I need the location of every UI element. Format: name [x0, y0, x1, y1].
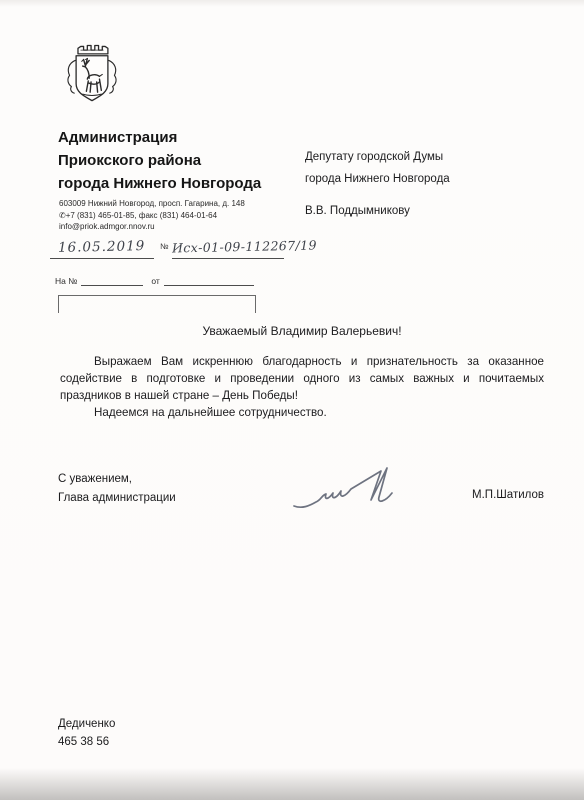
reply-row: На №от — [55, 276, 254, 286]
signature-icon — [288, 462, 428, 517]
regards-line: С уважением, — [58, 470, 176, 489]
org-name-line1: Администрация — [58, 126, 328, 149]
paragraph-1: Выражаем Вам искреннюю благодарность и п… — [60, 353, 544, 404]
reply-from-label: от — [151, 276, 159, 286]
number-label: № — [160, 242, 169, 251]
org-email: info@priok.admgor.nnov.ru — [59, 221, 245, 233]
executor-name: Дедиченко — [58, 715, 115, 733]
addressee-line1: Депутату городской Думы — [305, 146, 450, 168]
coat-of-arms-icon — [55, 38, 129, 124]
executor-block: Дедиченко 465 38 56 — [58, 715, 115, 751]
org-contact-block: 603009 Нижний Новгород, просп. Гагарина,… — [59, 198, 245, 233]
org-name-line2: Приокского района — [58, 149, 328, 172]
signer-position: Глава администрации — [58, 489, 176, 508]
regards-block: С уважением, Глава администрации — [58, 470, 176, 508]
org-address: 603009 Нижний Новгород, просп. Гагарина,… — [59, 198, 245, 210]
org-phone: ✆+7 (831) 465-01-85, факс (831) 464-01-6… — [59, 210, 245, 222]
reply-number-blank — [81, 276, 143, 286]
org-name-line3: города Нижнего Новгорода — [58, 172, 328, 195]
closing-block: С уважением, Глава администрации М.П.Шат… — [58, 470, 544, 534]
salutation: Уважаемый Владимир Валерьевич! — [60, 324, 544, 338]
letter-body: Выражаем Вам искреннюю благодарность и п… — [60, 353, 544, 421]
addressee-name: В.В. Поддымникову — [305, 200, 450, 222]
addressee-line2: города Нижнего Новгорода — [305, 168, 450, 190]
date-line: 16.05.2019 — [50, 238, 154, 259]
addressee-block: Депутату городской Думы города Нижнего Н… — [305, 146, 450, 222]
scanned-letter-page: Администрация Приокского района города Н… — [0, 0, 584, 800]
stamp-frame — [58, 295, 256, 313]
org-name: Администрация Приокского района города Н… — [58, 126, 328, 195]
ref-row: 16.05.2019№Исх-01-09-112267/19 — [50, 238, 284, 259]
signer-name: М.П.Шатилов — [472, 489, 544, 501]
handwritten-date: 16.05.2019 — [58, 238, 146, 256]
paragraph-2: Надеемся на дальнейшее сотрудничество. — [60, 404, 544, 421]
number-line: Исх-01-09-112267/19 — [172, 238, 284, 259]
handwritten-number: Исх-01-09-112267/19 — [171, 237, 316, 255]
executor-phone: 465 38 56 — [58, 733, 115, 751]
reply-date-blank — [164, 276, 254, 286]
reply-label: На № — [55, 276, 77, 286]
